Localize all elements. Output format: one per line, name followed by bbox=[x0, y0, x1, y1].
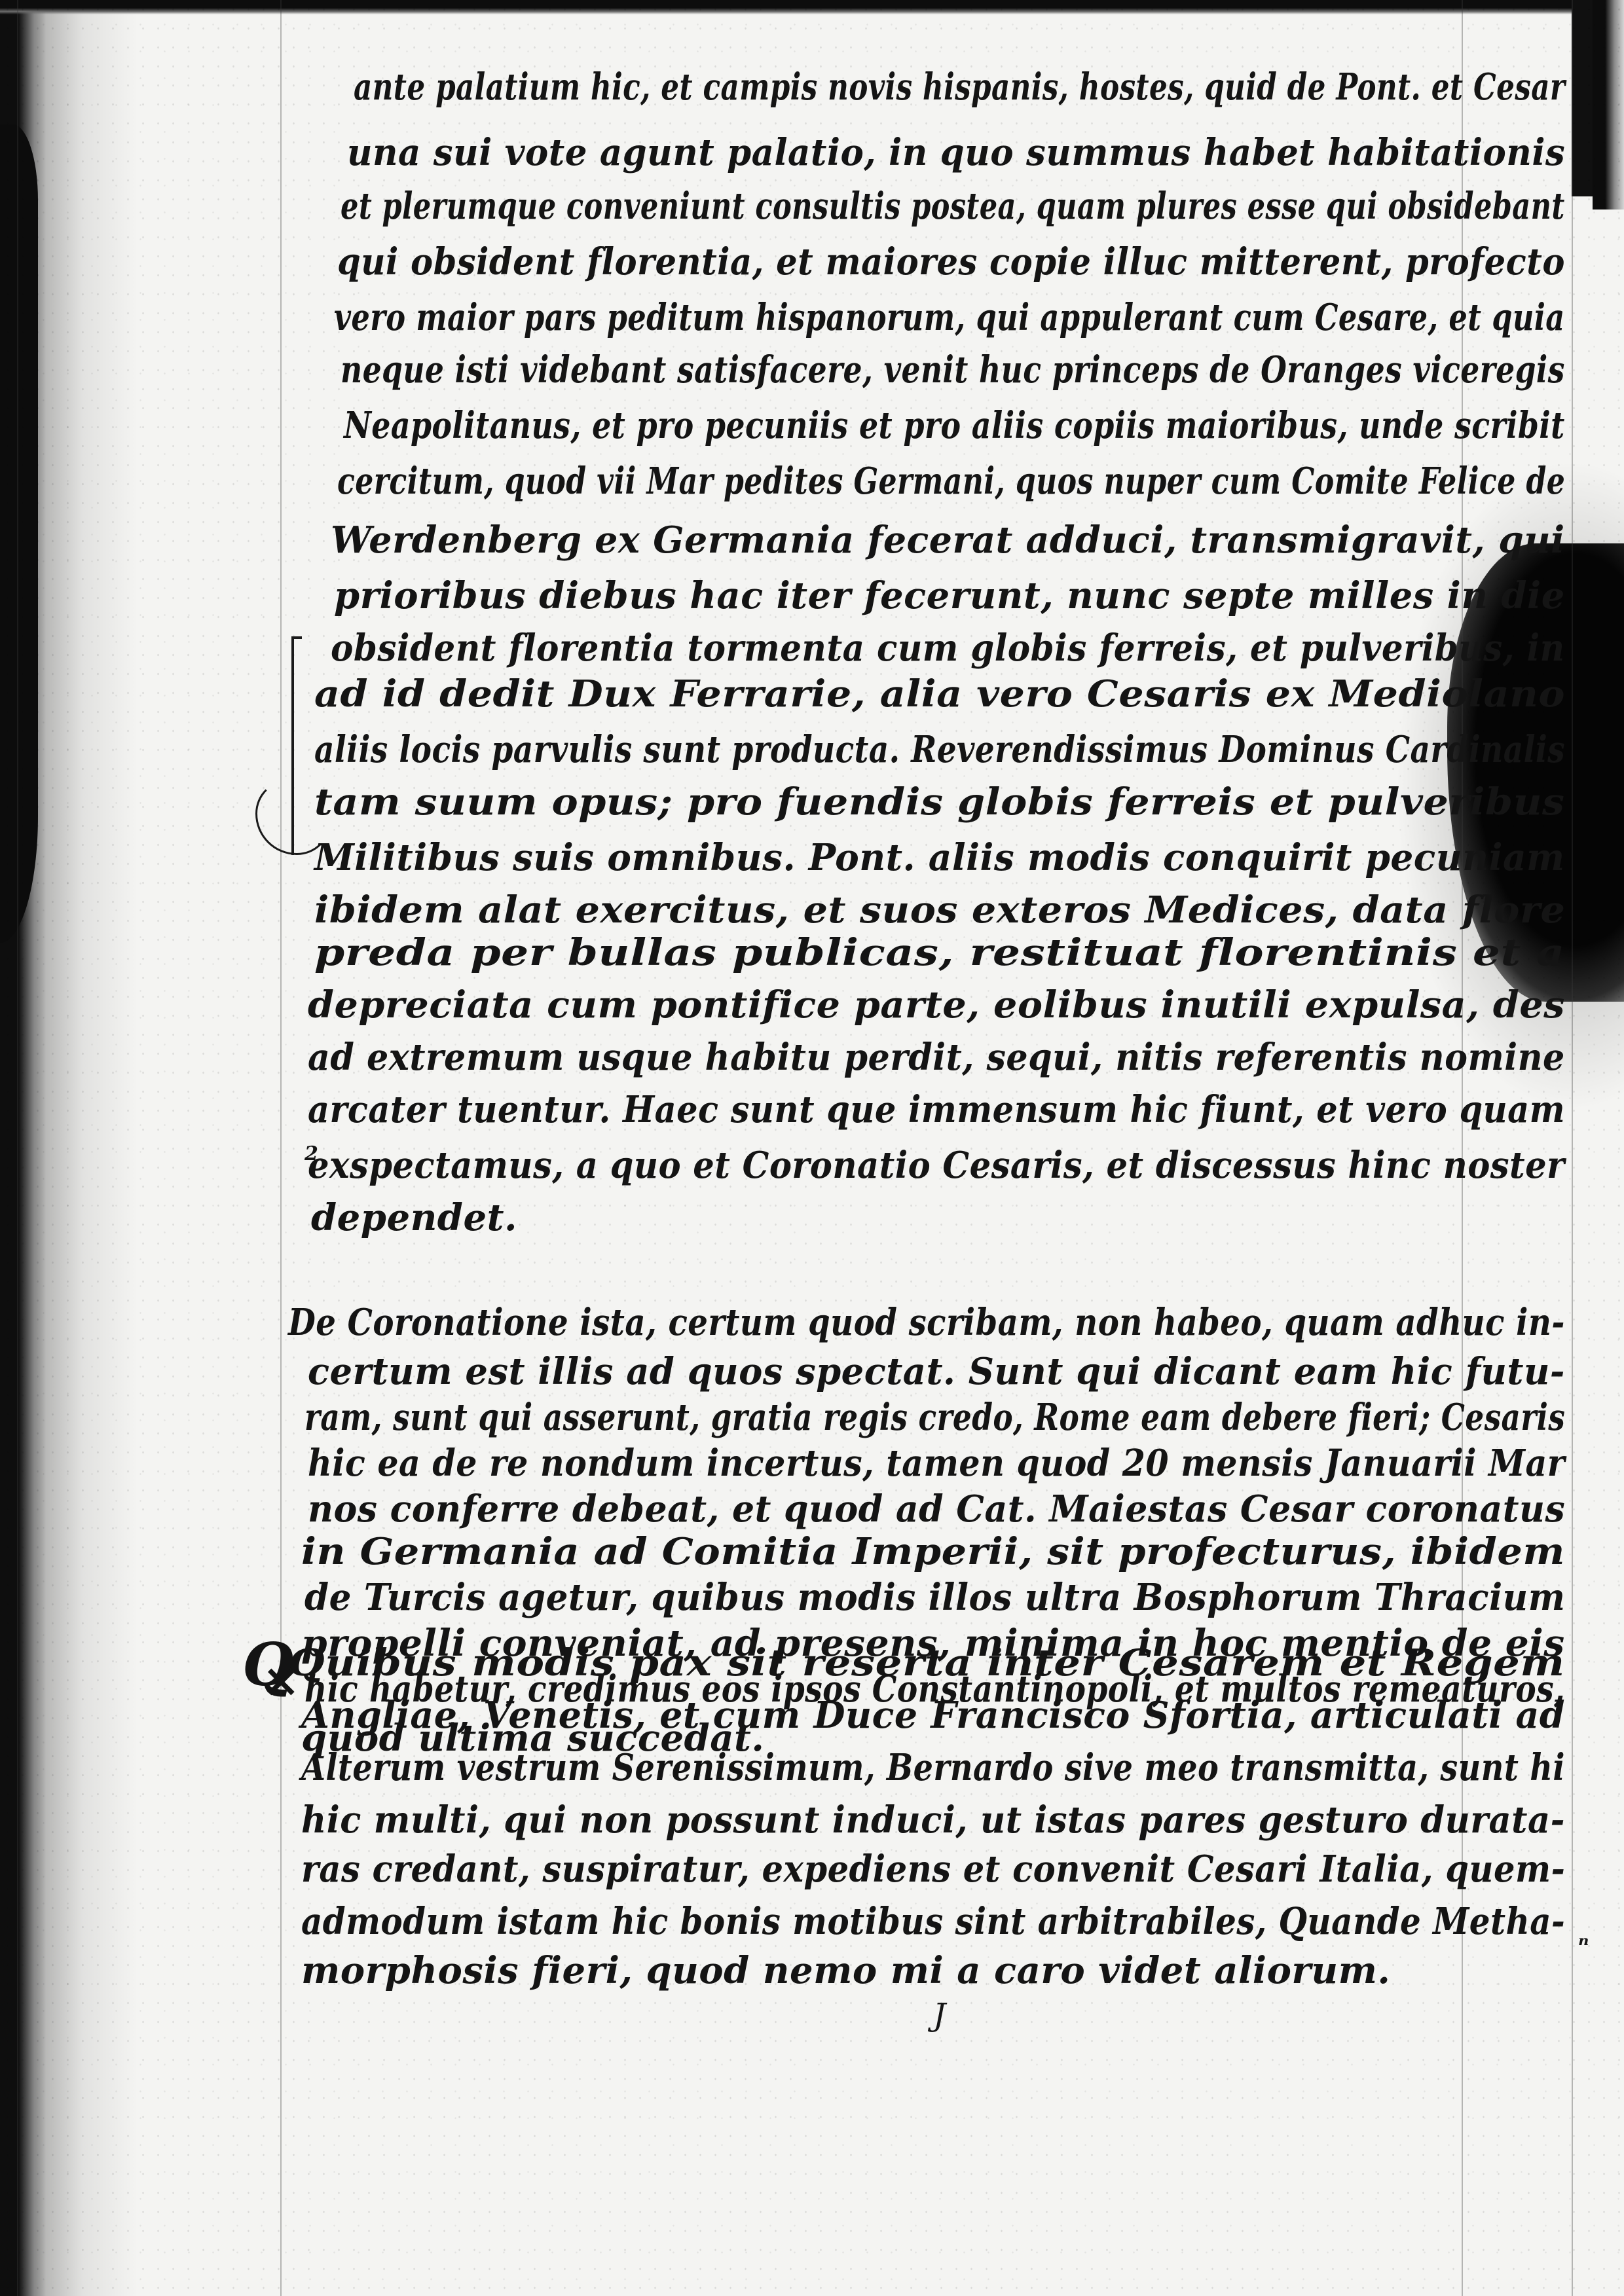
text-line: preda per bullas publicas, restituat flo… bbox=[314, 930, 1565, 975]
text-line: exspectamus, a quo et Coronatio Cesaris,… bbox=[308, 1142, 1565, 1188]
text-line: arcater tuentur. Haec sunt que immensum … bbox=[308, 1087, 1565, 1133]
text-line: ad extremum usque habitu perdit, sequi, … bbox=[308, 1034, 1565, 1080]
text-line: prioribus diebus hac iter fecerunt, nunc… bbox=[334, 573, 1565, 619]
text-line: certum est illis ad quos spectat. Sunt q… bbox=[308, 1349, 1565, 1394]
manuscript-text: ante palatium hic, et campis novis hispa… bbox=[0, 0, 1624, 2296]
text-line: de Turcis agetur, quibus modis illos ult… bbox=[304, 1575, 1565, 1620]
text-line: obsident florentia tormenta cum globis f… bbox=[331, 625, 1565, 671]
margin-number-mark: 2 bbox=[304, 1142, 318, 1165]
text-line: Werdenberg ex Germania fecerat adduci, t… bbox=[331, 517, 1565, 563]
text-line: ras credant, suspiratur, expediens et co… bbox=[301, 1846, 1565, 1892]
text-line: ram, sunt qui asserunt, gratia regis cre… bbox=[304, 1394, 1565, 1440]
stray-pen-stroke: J bbox=[933, 1997, 946, 2033]
text-line: hic multi, qui non possunt induci, ut is… bbox=[301, 1797, 1565, 1843]
text-line: hic ea de re nondum incertus, tamen quod… bbox=[308, 1440, 1565, 1486]
text-line: neque isti videbant satisfacere, venit h… bbox=[341, 347, 1565, 393]
text-line: ad id dedit Dux Ferrarie, alia vero Cesa… bbox=[314, 671, 1565, 717]
text-line: ibidem alat exercitus, et suos exteros M… bbox=[314, 887, 1565, 933]
text-line: dependet. bbox=[311, 1195, 517, 1241]
text-line: nos conferre debeat, et quod ad Cat. Mai… bbox=[308, 1486, 1565, 1532]
text-line: De Coronatione ista, certum quod scribam… bbox=[288, 1300, 1565, 1345]
text-line: vero maior pars peditum hispanorum, qui … bbox=[334, 295, 1565, 340]
text-line: cercitum, quod vii Mar pedites Germani, … bbox=[337, 458, 1565, 504]
right-margin-mark: ⁿ bbox=[1578, 1931, 1589, 1959]
text-line: morphosis fieri, quod nemo mi a caro vid… bbox=[301, 1948, 1390, 1994]
text-line: aliis locis parvulis sunt producta. Reve… bbox=[314, 727, 1565, 773]
text-line: Alterum vestrum Serenissimum, Bernardo s… bbox=[301, 1745, 1565, 1791]
text-line: qui obsident florentia, et maiores copie… bbox=[337, 239, 1565, 285]
text-line: Neapolitanus, et pro pecuniis et pro ali… bbox=[344, 403, 1565, 448]
text-line: in Germania ad Comitia Imperii, sit prof… bbox=[301, 1529, 1565, 1575]
text-line: depreciata cum pontifice parte, eolibus … bbox=[308, 982, 1565, 1028]
text-line: una sui vote agunt palatio, in quo summu… bbox=[347, 130, 1565, 175]
text-line: admodum istam hic bonis motibus sint arb… bbox=[301, 1899, 1565, 1944]
text-line: et plerumque conveniunt consultis postea… bbox=[341, 183, 1565, 229]
text-line: Quibus modis pax sit reserta inter Cesar… bbox=[288, 1640, 1565, 1686]
manuscript-page: ante palatium hic, et campis novis hispa… bbox=[0, 0, 1624, 2296]
text-line: Angliae, Venetis, et cum Duce Francisco … bbox=[301, 1692, 1565, 1738]
text-line: tam suum opus; pro fuendis globis ferrei… bbox=[314, 779, 1564, 825]
text-line: Militibus suis omnibus. Pont. aliis modi… bbox=[314, 835, 1565, 881]
text-line: ante palatium hic, et campis novis hispa… bbox=[354, 64, 1565, 110]
